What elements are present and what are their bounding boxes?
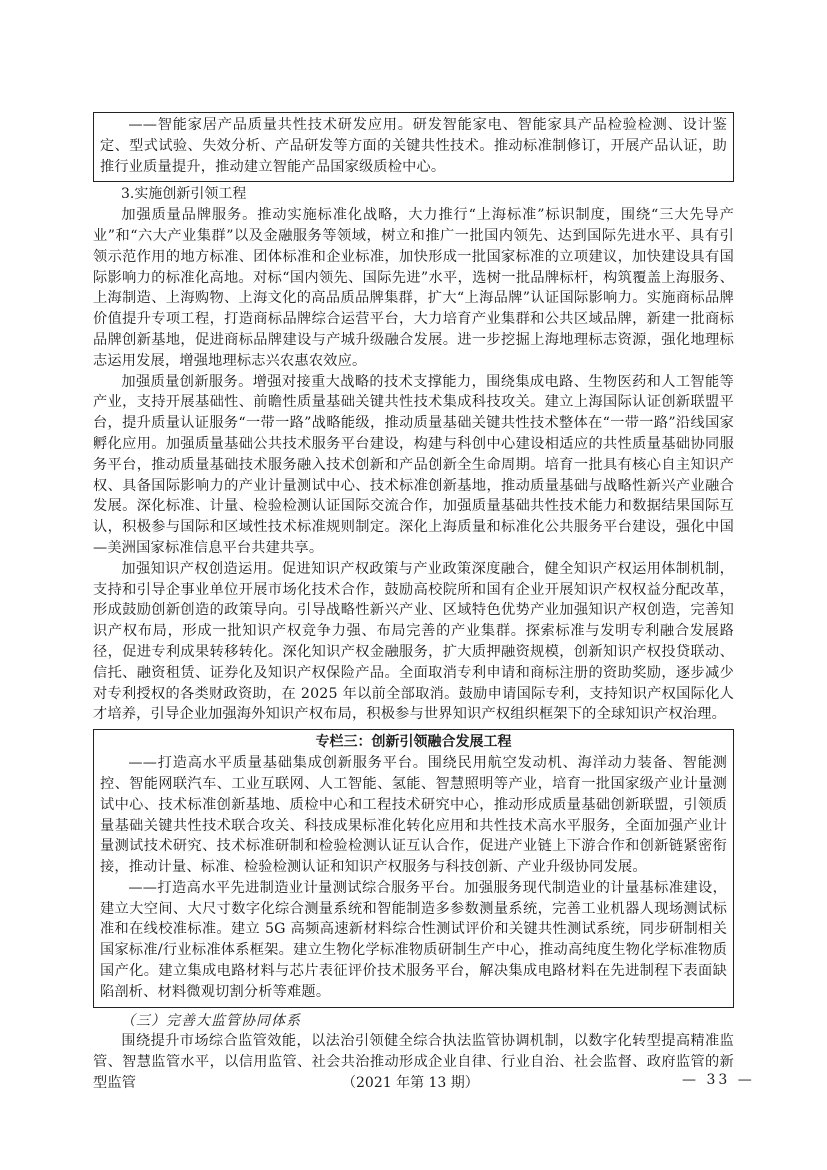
document-page: ——智能家居产品质量共性技术研发应用。研发智能家电、智能家具产品检验检测、设计鉴… — [93, 112, 734, 1094]
box-paragraph: ——打造高水平先进制造业计量测试综合服务平台。加强服务现代制造业的计量基标准建设… — [100, 878, 727, 1003]
page-number: — 33 — — [682, 1072, 755, 1088]
box-paragraph: ——智能家居产品质量共性技术研发应用。研发智能家电、智能家具产品检验检测、设计鉴… — [100, 115, 727, 177]
paragraph-ip-creation: 加强知识产权创造运用。促进知识产权政策与产业政策深度融合，健全知识产权运用体制机… — [93, 559, 734, 725]
section-heading-regulation: （三）完善大监管协同体系 — [93, 1011, 734, 1032]
issue-label: （2021 年第 13 期） — [342, 1072, 479, 1092]
box-title: 专栏三：创新引领融合发展工程 — [100, 732, 727, 753]
sidebar-box-column-three: 专栏三：创新引领融合发展工程 ——打造高水平质量基础集成创新服务平台。围绕民用航… — [93, 729, 734, 1008]
page-footer: （2021 年第 13 期） — 33 — — [0, 1072, 827, 1094]
section-heading-innovation: 3.实施创新引领工程 — [93, 184, 734, 205]
sidebar-box-smart-home: ——智能家居产品质量共性技术研发应用。研发智能家电、智能家具产品检验检测、设计鉴… — [93, 112, 734, 182]
paragraph-quality-brand: 加强质量品牌服务。推动实施标准化战略，大力推行“上海标准”标识制度，围绕“三大先… — [93, 205, 734, 371]
paragraph-quality-innovation: 加强质量创新服务。增强对接重大战略的技术支撑能力，围绕集成电路、生物医药和人工智… — [93, 372, 734, 559]
box-paragraph: ——打造高水平质量基础集成创新服务平台。围绕民用航空发动机、海洋动力装备、智能测… — [100, 753, 727, 878]
